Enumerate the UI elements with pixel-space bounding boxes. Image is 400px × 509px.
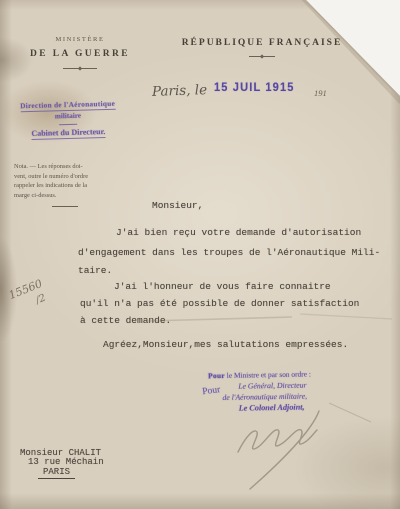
nota-line: vent, outre le numéro d'ordre [14,172,116,182]
closing-authority-stamp: Pour le Ministre et par son ordre : Le G… [196,369,358,372]
typed-line-salutation: Monsieur, [152,200,203,211]
place-date-line: Paris, le [152,82,208,100]
direction-office-stamp: Direction de l'Aéronautique militaire Ca… [8,98,129,138]
republic-letterhead: RÉPUBLIQUE FRANÇAISE [173,38,351,57]
stamp-line: Le Colonel Adjoint, [239,403,305,413]
nota-line: rappeler les indications de la [14,181,116,191]
stamp-line: Direction de l'Aéronautique [8,98,128,110]
ornament-divider [249,56,275,57]
crease-line [329,403,371,422]
typed-line: d'engagement dans les troupes de l'Aéron… [78,247,380,258]
typed-line: J'ai l'honneur de vous faire connaitre [114,281,331,292]
stamp-line: Cabinet du Directeur. [8,126,128,138]
printed-year-prefix: 191 [314,88,327,98]
pencil-signature [238,411,319,489]
nota-line: marge ci-dessus. [14,191,116,201]
ministry-title: MINISTÈRE [24,36,136,43]
ministry-letterhead: MINISTÈRE DE LA GUERRE [24,36,136,69]
typed-line-closing: Agréez,Monsieur,mes salutations empressé… [103,339,348,350]
crease-line [300,314,392,319]
stamp-line: Le Général, Directeur [238,380,306,390]
typed-line: à cette demande. [80,315,171,326]
ornament-divider [63,68,97,69]
stamp-line: de l'Aéronautique militaire, [222,391,307,401]
date-stamp: 15 JUIL 1915 [214,82,295,94]
typed-line: qu'il n'a pas été possible de donner sat… [80,298,359,309]
recipient-street: 13 rue Méchain [28,457,104,467]
stamp-line: Pour le Ministre et par son ordre : [208,369,311,380]
republic-title: RÉPUBLIQUE FRANÇAISE [173,38,351,48]
nota-divider [52,206,78,207]
nota-line: Nota. — Les réponses doi- [14,162,116,172]
ministry-subtitle: DE LA GUERRE [24,49,136,59]
typed-line: taire. [78,265,112,276]
recipient-city: PARIS [38,467,75,477]
typed-line: J'ai bien reçu votre demande d'autorisat… [116,227,361,238]
nota-note: Nota. — Les réponses doi- vent, outre le… [14,162,116,207]
handwritten-pour: Pour [202,385,221,397]
handwritten-reference-suffix: /2 [34,293,47,307]
stamp-divider [59,124,77,125]
scanned-letter: MINISTÈRE DE LA GUERRE RÉPUBLIQUE FRANÇA… [0,0,400,509]
